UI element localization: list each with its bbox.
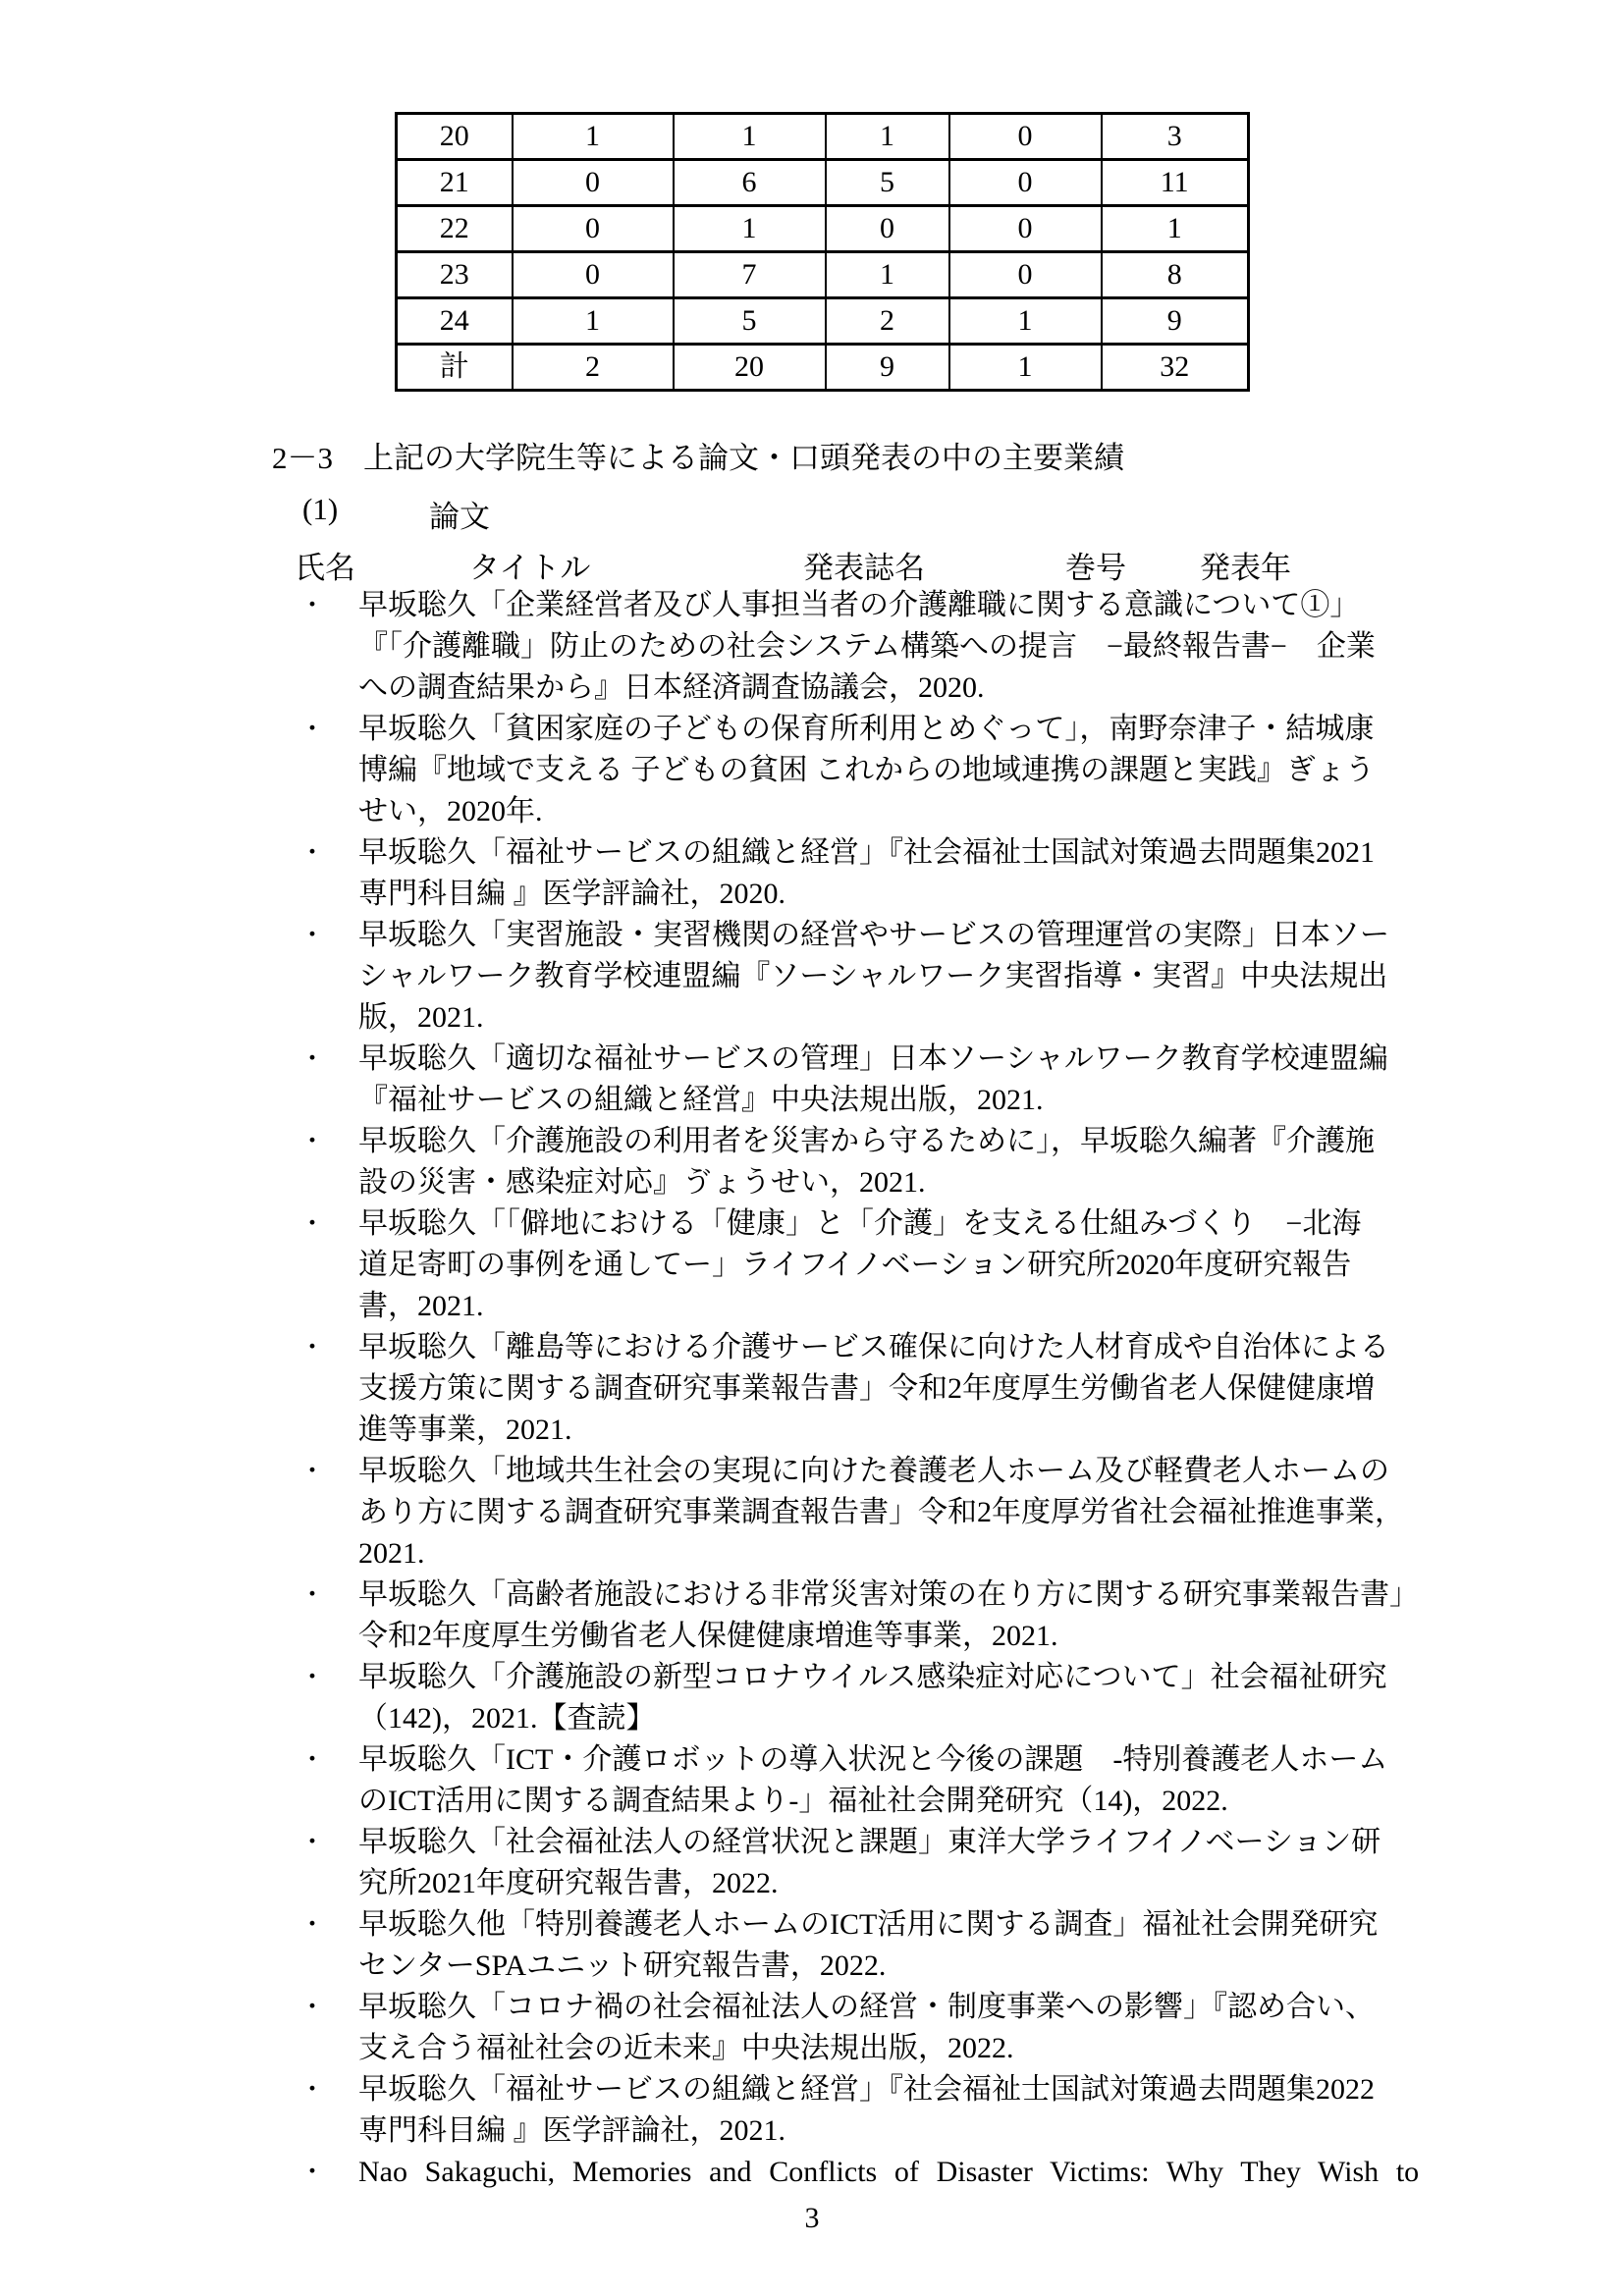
table-cell: 1 bbox=[826, 252, 949, 298]
bullet-icon: ・ bbox=[299, 1739, 358, 1781]
publication-list: ・早坂聡久「企業経営者及び人事担当者の介護離職に関する意識について①」『「介護離… bbox=[299, 585, 1463, 2193]
text-line: センターSPAユニット研究報告書，2022. bbox=[358, 1946, 1463, 1987]
bullet-icon: ・ bbox=[299, 1203, 358, 1245]
table-cell: 1 bbox=[674, 206, 826, 252]
bullet-icon: ・ bbox=[299, 1327, 358, 1368]
document-page: 201110321065011220100123071082415219計220… bbox=[0, 0, 1624, 2296]
text-line: 版，2021. bbox=[358, 997, 1463, 1039]
publication-text: 早坂聡久「離島等における介護サービス確保に向けた人材育成や自治体による支援方策に… bbox=[358, 1327, 1463, 1451]
publication-text: 早坂聡久「貧困家庭の子どもの保育所利用とめぐって」，南野奈津子・結城康博編『地域… bbox=[358, 709, 1463, 832]
column-label-journal: 発表誌名 bbox=[803, 543, 925, 587]
list-item: ・早坂聡久「ICT・介護ロボットの導入状況と今後の課題 -特別養護老人ホームのI… bbox=[299, 1739, 1463, 1822]
publication-text: 早坂聡久「高齢者施設における非常災害対策の在り方に関する研究事業報告書」令和2年… bbox=[358, 1575, 1463, 1657]
publication-text: 早坂聡久「「僻地における「健康」と「介護」を支える仕組みづくり −北海道足寄町の… bbox=[358, 1203, 1463, 1327]
text-line: 設の災害・感染症対応』ゔょうせい，2021. bbox=[358, 1162, 1463, 1203]
table-cell: 9 bbox=[826, 345, 949, 391]
text-line: 早坂聡久「高齢者施設における非常災害対策の在り方に関する研究事業報告書」 bbox=[358, 1575, 1463, 1616]
summary-table: 201110321065011220100123071082415219計220… bbox=[395, 112, 1250, 392]
row-label: 計 bbox=[397, 345, 513, 391]
column-label-year: 発表年 bbox=[1200, 543, 1291, 587]
text-line: 専門科目編 』医学評論社，2020. bbox=[358, 874, 1463, 915]
publication-text: 早坂聡久「介護施設の利用者を災害から守るために」，早坂聡久編著『介護施設の災害・… bbox=[358, 1121, 1463, 1203]
publication-text: 早坂聡久「適切な福祉サービスの管理」日本ソーシャルワーク教育学校連盟編『福祉サー… bbox=[358, 1039, 1463, 1121]
publication-text: 早坂聡久「社会福祉法人の経営状況と課題」東洋大学ライフイノベーション研究所202… bbox=[358, 1822, 1463, 1904]
publication-text: 早坂聡久「福祉サービスの組織と経営」『社会福祉士国試対策過去問題集2022専門科… bbox=[358, 2069, 1463, 2152]
text-line: 早坂聡久「実習施設・実習機関の経営やサービスの管理運営の実際」日本ソー bbox=[358, 915, 1463, 956]
table-row: 2011103 bbox=[397, 114, 1249, 160]
table-cell: 11 bbox=[1102, 160, 1249, 206]
bullet-icon: ・ bbox=[299, 1822, 358, 1863]
row-label: 23 bbox=[397, 252, 513, 298]
publication-text: 早坂聡久他「特別養護老人ホームのICT活用に関する調査」福祉社会開発研究センター… bbox=[358, 1904, 1463, 1987]
table-cell: 8 bbox=[1102, 252, 1249, 298]
list-item: ・早坂聡久「社会福祉法人の経営状況と課題」東洋大学ライフイノベーション研究所20… bbox=[299, 1822, 1463, 1904]
table-cell: 0 bbox=[949, 114, 1102, 160]
text-line: 博編『地域で支える 子どもの貧困 これからの地域連携の課題と実践』ぎょう bbox=[358, 750, 1463, 791]
text-line: 早坂聡久「ICT・介護ロボットの導入状況と今後の課題 -特別養護老人ホーム bbox=[358, 1739, 1463, 1781]
text-line: への調査結果から』日本経済調査協議会，2020. bbox=[358, 667, 1463, 709]
publication-text: 早坂聡久「介護施設の新型コロナウイルス感染症対応について」社会福祉研究（142)… bbox=[358, 1657, 1463, 1739]
column-label-name: 氏名 bbox=[295, 543, 355, 587]
text-line: 書，2021. bbox=[358, 1286, 1463, 1327]
text-line: シャルワーク教育学校連盟編『ソーシャルワーク実習指導・実習』中央法規出 bbox=[358, 956, 1463, 997]
column-label-volume: 巻号 bbox=[1065, 543, 1126, 587]
table-cell: 5 bbox=[826, 160, 949, 206]
text-line: 早坂聡久「介護施設の新型コロナウイルス感染症対応について」社会福祉研究 bbox=[358, 1657, 1463, 1698]
list-item: ・早坂聡久「福祉サービスの組織と経営」『社会福祉士国試対策過去問題集2021専門… bbox=[299, 832, 1463, 915]
text-line: 『「介護離職」防止のための社会システム構築への提言 −最終報告書− 企業 bbox=[358, 626, 1463, 667]
row-label: 20 bbox=[397, 114, 513, 160]
list-item: ・早坂聡久「高齢者施設における非常災害対策の在り方に関する研究事業報告書」令和2… bbox=[299, 1575, 1463, 1657]
bullet-icon: ・ bbox=[299, 832, 358, 874]
table-row: 2415219 bbox=[397, 298, 1249, 345]
list-item: ・早坂聡久他「特別養護老人ホームのICT活用に関する調査」福祉社会開発研究センタ… bbox=[299, 1904, 1463, 1987]
page-number: 3 bbox=[0, 2202, 1624, 2235]
text-line: 早坂聡久「企業経営者及び人事担当者の介護離職に関する意識について①」 bbox=[358, 585, 1463, 626]
table-cell: 1 bbox=[513, 298, 674, 345]
text-line: 早坂聡久「適切な福祉サービスの管理」日本ソーシャルワーク教育学校連盟編 bbox=[358, 1039, 1463, 1080]
text-line: 早坂聡久「「僻地における「健康」と「介護」を支える仕組みづくり −北海 bbox=[358, 1203, 1463, 1245]
row-label: 22 bbox=[397, 206, 513, 252]
list-item: ・早坂聡久「介護施設の利用者を災害から守るために」，早坂聡久編著『介護施設の災害… bbox=[299, 1121, 1463, 1203]
columns-header: 氏名 タイトル 発表誌名 巻号 発表年 bbox=[0, 543, 1624, 582]
table-cell: 2 bbox=[513, 345, 674, 391]
table-cell: 6 bbox=[674, 160, 826, 206]
publication-text: 早坂聡久「地域共生社会の実現に向けた養護老人ホーム及び軽費老人ホームのあり方に関… bbox=[358, 1451, 1463, 1575]
bullet-icon: ・ bbox=[299, 915, 358, 956]
list-item: ・Nao Sakaguchi, Memories and Conflicts o… bbox=[299, 2152, 1463, 2193]
subheading-label: 論文 bbox=[429, 492, 490, 536]
text-line: 支援方策に関する調査研究事業報告書」令和2年度厚生労働省老人保健健康増 bbox=[358, 1368, 1463, 1410]
table-cell: 7 bbox=[674, 252, 826, 298]
text-line: （142)，2021.【査読】 bbox=[358, 1698, 1463, 1739]
text-line: 究所2021年度研究報告書，2022. bbox=[358, 1863, 1463, 1904]
text-line: 2021. bbox=[358, 1533, 1463, 1575]
list-item: ・早坂聡久「離島等における介護サービス確保に向けた人材育成や自治体による支援方策… bbox=[299, 1327, 1463, 1451]
publication-text: Nao Sakaguchi, Memories and Conflicts of… bbox=[358, 2152, 1463, 2193]
bullet-icon: ・ bbox=[299, 585, 358, 626]
bullet-icon: ・ bbox=[299, 1657, 358, 1698]
text-line: 早坂聡久「社会福祉法人の経営状況と課題」東洋大学ライフイノベーション研 bbox=[358, 1822, 1463, 1863]
publication-text: 早坂聡久「企業経営者及び人事担当者の介護離職に関する意識について①」『「介護離職… bbox=[358, 585, 1463, 709]
table-cell: 1 bbox=[1102, 206, 1249, 252]
subheading-number: (1) bbox=[302, 492, 338, 527]
publication-text: 早坂聡久「福祉サービスの組織と経営」『社会福祉士国試対策過去問題集2021専門科… bbox=[358, 832, 1463, 915]
list-item: ・早坂聡久「介護施設の新型コロナウイルス感染症対応について」社会福祉研究（142… bbox=[299, 1657, 1463, 1739]
list-item: ・早坂聡久「福祉サービスの組織と経営」『社会福祉士国試対策過去問題集2022専門… bbox=[299, 2069, 1463, 2152]
text-line: 早坂聡久「貧困家庭の子どもの保育所利用とめぐって」，南野奈津子・結城康 bbox=[358, 709, 1463, 750]
table-cell: 0 bbox=[513, 160, 674, 206]
table-cell: 3 bbox=[1102, 114, 1249, 160]
table-cell: 1 bbox=[513, 114, 674, 160]
bullet-icon: ・ bbox=[299, 1575, 358, 1616]
publication-text: 早坂聡久「実習施設・実習機関の経営やサービスの管理運営の実際」日本ソーシャルワー… bbox=[358, 915, 1463, 1039]
text-line: 早坂聡久「離島等における介護サービス確保に向けた人材育成や自治体による bbox=[358, 1327, 1463, 1368]
bullet-icon: ・ bbox=[299, 1987, 358, 2028]
text-line: 早坂聡久「福祉サービスの組織と経営」『社会福祉士国試対策過去問題集2021 bbox=[358, 832, 1463, 874]
table-row: 2307108 bbox=[397, 252, 1249, 298]
publication-text: 早坂聡久「ICT・介護ロボットの導入状況と今後の課題 -特別養護老人ホームのIC… bbox=[358, 1739, 1463, 1822]
table-cell: 0 bbox=[513, 252, 674, 298]
text-line: のICT活用に関する調査結果より-」福祉社会開発研究（14)，2022. bbox=[358, 1781, 1463, 1822]
text-line: 早坂聡久「介護施設の利用者を災害から守るために」，早坂聡久編著『介護施 bbox=[358, 1121, 1463, 1162]
column-label-title: タイトル bbox=[469, 543, 590, 587]
row-label: 24 bbox=[397, 298, 513, 345]
table-row: 2201001 bbox=[397, 206, 1249, 252]
table-cell: 1 bbox=[949, 345, 1102, 391]
bullet-icon: ・ bbox=[299, 709, 358, 750]
text-line: 専門科目編 』医学評論社，2021. bbox=[358, 2110, 1463, 2152]
table-cell: 0 bbox=[949, 252, 1102, 298]
table-cell: 9 bbox=[1102, 298, 1249, 345]
bullet-icon: ・ bbox=[299, 1904, 358, 1946]
table-cell: 5 bbox=[674, 298, 826, 345]
table-cell: 2 bbox=[826, 298, 949, 345]
text-line: 令和2年度厚生労働省老人保健健康増進等事業，2021. bbox=[358, 1616, 1463, 1657]
list-item: ・早坂聡久「企業経営者及び人事担当者の介護離職に関する意識について①」『「介護離… bbox=[299, 585, 1463, 709]
table-row: 21065011 bbox=[397, 160, 1249, 206]
section-heading: 2－3 上記の大学院生等による論文・口頭発表の中の主要業績 bbox=[272, 441, 1124, 476]
text-line: 早坂聡久「福祉サービスの組織と経営」『社会福祉士国試対策過去問題集2022 bbox=[358, 2069, 1463, 2110]
table-cell: 32 bbox=[1102, 345, 1249, 391]
publication-text: 早坂聡久「コロナ禍の社会福祉法人の経営・制度事業への影響」『認め合い、支え合う福… bbox=[358, 1987, 1463, 2069]
text-line: あり方に関する調査研究事業調査報告書」令和2年度厚労省社会福祉推進事業， bbox=[358, 1492, 1463, 1533]
text-line: 支え合う福祉社会の近未来』中央法規出版，2022. bbox=[358, 2028, 1463, 2069]
bullet-icon: ・ bbox=[299, 1039, 358, 1080]
text-line: せい，2020年. bbox=[358, 791, 1463, 832]
table-cell: 1 bbox=[674, 114, 826, 160]
summary-table-body: 201110321065011220100123071082415219計220… bbox=[397, 114, 1249, 391]
bullet-icon: ・ bbox=[299, 1451, 358, 1492]
list-item: ・早坂聡久「適切な福祉サービスの管理」日本ソーシャルワーク教育学校連盟編『福祉サ… bbox=[299, 1039, 1463, 1121]
table-cell: 20 bbox=[674, 345, 826, 391]
text-line: Nao Sakaguchi, Memories and Conflicts of… bbox=[358, 2152, 1463, 2193]
table-cell: 0 bbox=[949, 160, 1102, 206]
text-line: 道足寄町の事例を通してー」ライフイノベーション研究所2020年度研究報告 bbox=[358, 1245, 1463, 1286]
table-cell: 1 bbox=[949, 298, 1102, 345]
bullet-icon: ・ bbox=[299, 2069, 358, 2110]
table-cell: 0 bbox=[513, 206, 674, 252]
table-cell: 0 bbox=[949, 206, 1102, 252]
list-item: ・早坂聡久「実習施設・実習機関の経営やサービスの管理運営の実際」日本ソーシャルワ… bbox=[299, 915, 1463, 1039]
list-item: ・早坂聡久「「僻地における「健康」と「介護」を支える仕組みづくり −北海道足寄町… bbox=[299, 1203, 1463, 1327]
text-line: 進等事業，2021. bbox=[358, 1410, 1463, 1451]
table-cell: 1 bbox=[826, 114, 949, 160]
text-line: 早坂聡久「コロナ禍の社会福祉法人の経営・制度事業への影響」『認め合い、 bbox=[358, 1987, 1463, 2028]
list-item: ・早坂聡久「貧困家庭の子どもの保育所利用とめぐって」，南野奈津子・結城康博編『地… bbox=[299, 709, 1463, 832]
row-label: 21 bbox=[397, 160, 513, 206]
bullet-icon: ・ bbox=[299, 2152, 358, 2193]
text-line: 『福祉サービスの組織と経営』中央法規出版，2021. bbox=[358, 1080, 1463, 1121]
bullet-icon: ・ bbox=[299, 1121, 358, 1162]
table-cell: 0 bbox=[826, 206, 949, 252]
text-line: 早坂聡久「地域共生社会の実現に向けた養護老人ホーム及び軽費老人ホームの bbox=[358, 1451, 1463, 1492]
list-item: ・早坂聡久「コロナ禍の社会福祉法人の経営・制度事業への影響」『認め合い、支え合う… bbox=[299, 1987, 1463, 2069]
list-item: ・早坂聡久「地域共生社会の実現に向けた養護老人ホーム及び軽費老人ホームのあり方に… bbox=[299, 1451, 1463, 1575]
text-line: 早坂聡久他「特別養護老人ホームのICT活用に関する調査」福祉社会開発研究 bbox=[358, 1904, 1463, 1946]
section-subheading: (1) 論文 bbox=[0, 492, 1624, 531]
table-row: 計2209132 bbox=[397, 345, 1249, 391]
